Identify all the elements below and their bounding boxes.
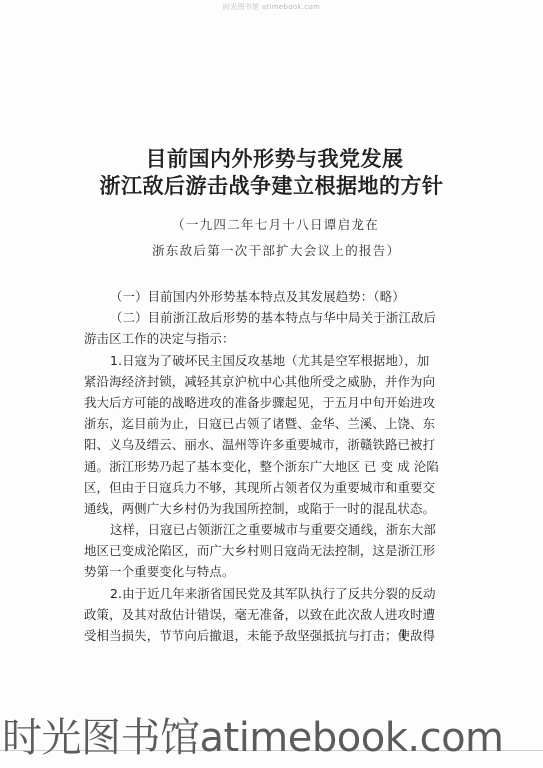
- title-line-1: 目前国内外形势与我党发展: [6, 146, 543, 173]
- body-line: （一）目前国内外形势基本特点及其发展趋势：（略）: [84, 286, 458, 307]
- body-line: 紧沿海经济封锁，减轻其京沪杭中心其他所受之威胁，并作为向: [84, 371, 458, 392]
- document-title: 目前国内外形势与我党发展 浙江敌后游击战争建立根据地的方针: [0, 146, 543, 200]
- body-line: 通。浙江形势乃起了基本变化，整个浙东广大地区 已 变 成 沦陷: [84, 456, 458, 477]
- footer-watermark: 时光图书馆atimebook.com: [2, 712, 543, 764]
- body-line: 政策，及其对敌估计错误，毫无准备，以致在此次敌人进攻时遭: [84, 604, 458, 625]
- body-line: 阳、义乌及缙云、丽水、温州等许多重要城市，浙赣铁路已被打: [84, 434, 458, 455]
- subtitle-line-1: （一九四二年七月十八日谭启龙在: [0, 213, 543, 237]
- body-line: 这样，日寇已占领浙江之重要城市与重要交通线，浙东大部: [84, 519, 458, 540]
- body-line: 游击区工作的决定与指示：: [84, 328, 458, 349]
- body-line: 通线，两侧广大乡村仍为我国所控制，或陷于一时的混乱状态。: [84, 498, 458, 519]
- body-text: （一）目前国内外形势基本特点及其发展趋势：（略）（二）目前浙江敌后形势的基本特点…: [84, 286, 458, 646]
- body-line: 区，但由于日寇兵力不够，其现所占领者仅为重要城市和重要交: [84, 477, 458, 498]
- body-line: 地区已变成沦陷区，而广大乡村则日寇尚无法控制，这是浙江形: [84, 540, 458, 561]
- body-line: （二）目前浙江敌后形势的基本特点与华中局关于浙江敌后: [84, 307, 458, 328]
- page-number: · 1 ·: [380, 627, 433, 641]
- title-line-2: 浙江敌后游击战争建立根据地的方针: [0, 173, 543, 200]
- document-subtitle: （一九四二年七月十八日谭启龙在 浙东敌后第一次干部扩大会议上的报告）: [0, 213, 543, 263]
- body-line: 2.由于近几年来浙省国民党及其军队执行了反共分裂的反动: [84, 583, 458, 604]
- top-watermark: 时光图书馆 atimebook.com: [0, 2, 543, 12]
- body-line: 1.日寇为了破坏民主国反攻基地（尤其是空军根据地），加: [84, 350, 458, 371]
- body-line: 势第一个重要变化与特点。: [84, 561, 458, 582]
- subtitle-line-2: 浙东敌后第一次干部扩大会议上的报告）: [0, 239, 543, 263]
- body-line: 浙东，迄目前为止，日寇已占领了诸暨、金华、兰溪、上饶、东: [84, 413, 458, 434]
- body-line: 我大后方可能的战略进攻的准备步骤起见，于五月中旬开始进攻: [84, 392, 458, 413]
